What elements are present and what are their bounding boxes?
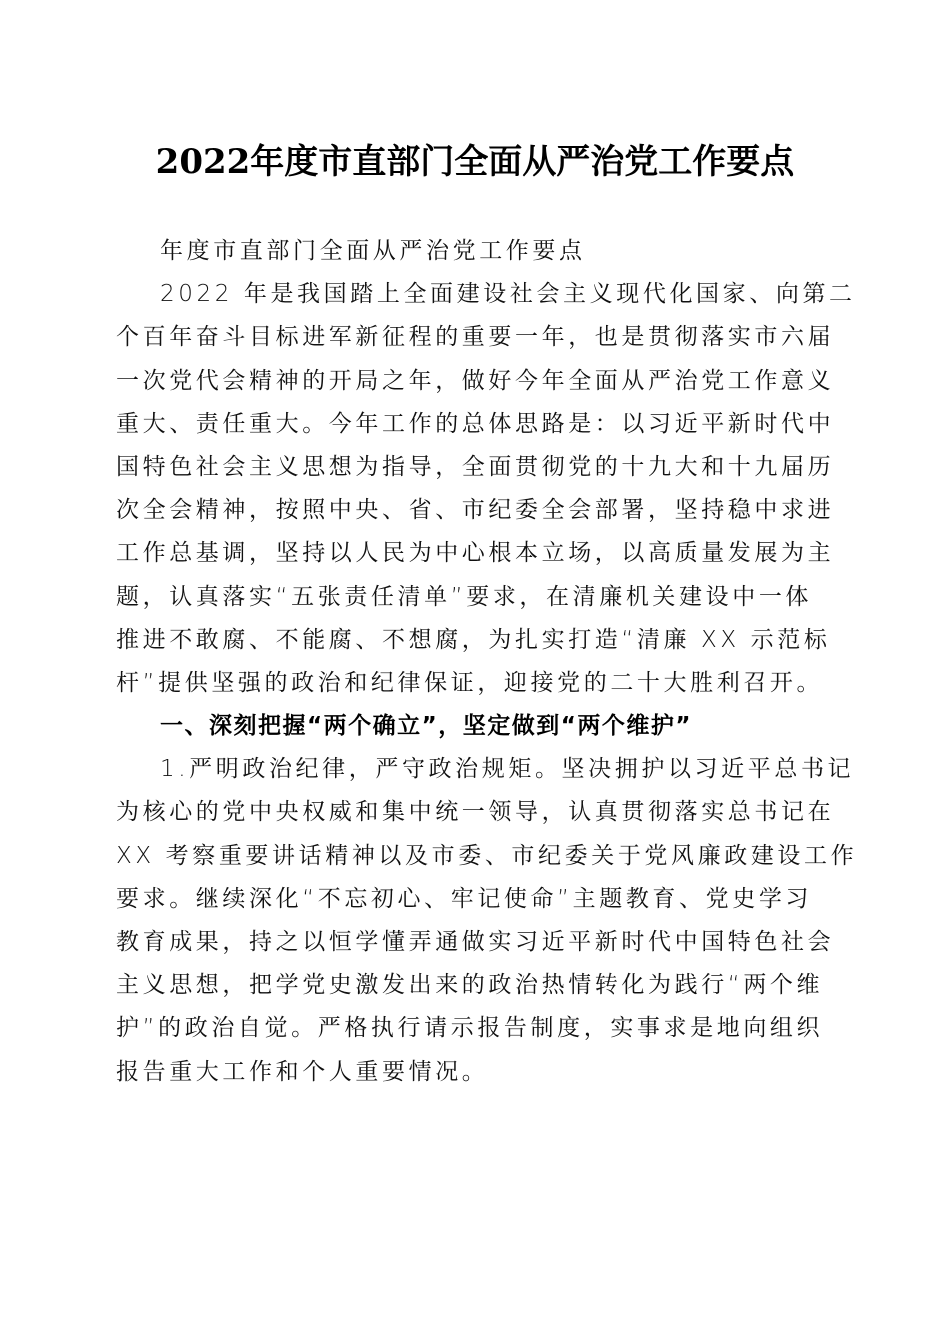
- paragraph-line: 国特色社会主义思想为指导，全面贯彻党的十九大和十九届历: [116, 446, 826, 489]
- paragraph-line: 要求。继续深化“不忘初心、牢记使命”主题教育、党史学习: [116, 878, 826, 921]
- paragraph-line: 为核心的党中央权威和集中统一领导，认真贯彻落实总书记在: [116, 791, 826, 834]
- paragraph-line: XX 考察重要讲话精神以及市委、市纪委关于党风廉政建设工作: [116, 835, 826, 878]
- document-subtitle: 年度市直部门全面从严治党工作要点: [116, 230, 826, 273]
- document-body: 年度市直部门全面从严治党工作要点 2022 年是我国踏上全面建设社会主义现代化国…: [116, 230, 826, 1094]
- document-title: 2022年度市直部门全面从严治党工作要点: [0, 138, 950, 186]
- paragraph-line: 杆”提供坚强的政治和纪律保证，迎接党的二十大胜利召开。: [116, 662, 826, 705]
- paragraph-line: 主义思想，把学党史激发出来的政治热情转化为践行“两个维: [116, 964, 826, 1007]
- paragraph-line: 个百年奋斗目标进军新征程的重要一年，也是贯彻落实市六届: [116, 316, 826, 359]
- paragraph-line: 重大、责任重大。今年工作的总体思路是：以习近平新时代中: [116, 403, 826, 446]
- paragraph-line: 次全会精神，按照中央、省、市纪委全会部署，坚持稳中求进: [116, 489, 826, 532]
- paragraph-line: 教育成果，持之以恒学懂弄通做实习近平新时代中国特色社会: [116, 921, 826, 964]
- paragraph-line: 推进不敢腐、不能腐、不想腐，为扎实打造“清廉 XX 示范标: [116, 619, 826, 662]
- intro-paragraph: 2022 年是我国踏上全面建设社会主义现代化国家、向第二 个百年奋斗目标进军新征…: [116, 273, 826, 705]
- paragraph-line: 工作总基调，坚持以人民为中心根本立场，以高质量发展为主: [116, 532, 826, 575]
- paragraph-line: 题，认真落实“五张责任清单”要求，在清廉机关建设中一体: [116, 576, 826, 619]
- section-heading: 一、深刻把握“两个确立”，坚定做到“两个维护”: [116, 705, 826, 748]
- paragraph-line: 1.严明政治纪律，严守政治规矩。坚决拥护以习近平总书记: [116, 748, 826, 791]
- paragraph-line: 一次党代会精神的开局之年，做好今年全面从严治党工作意义: [116, 360, 826, 403]
- paragraph-line: 2022 年是我国踏上全面建设社会主义现代化国家、向第二: [116, 273, 826, 316]
- paragraph-line: 报告重大工作和个人重要情况。: [116, 1051, 826, 1094]
- document-page: 2022年度市直部门全面从严治党工作要点 年度市直部门全面从严治党工作要点 20…: [0, 0, 950, 1344]
- paragraph-line: 护”的政治自觉。严格执行请示报告制度，实事求是地向组织: [116, 1007, 826, 1050]
- section-1-item-1: 1.严明政治纪律，严守政治规矩。坚决拥护以习近平总书记 为核心的党中央权威和集中…: [116, 748, 826, 1094]
